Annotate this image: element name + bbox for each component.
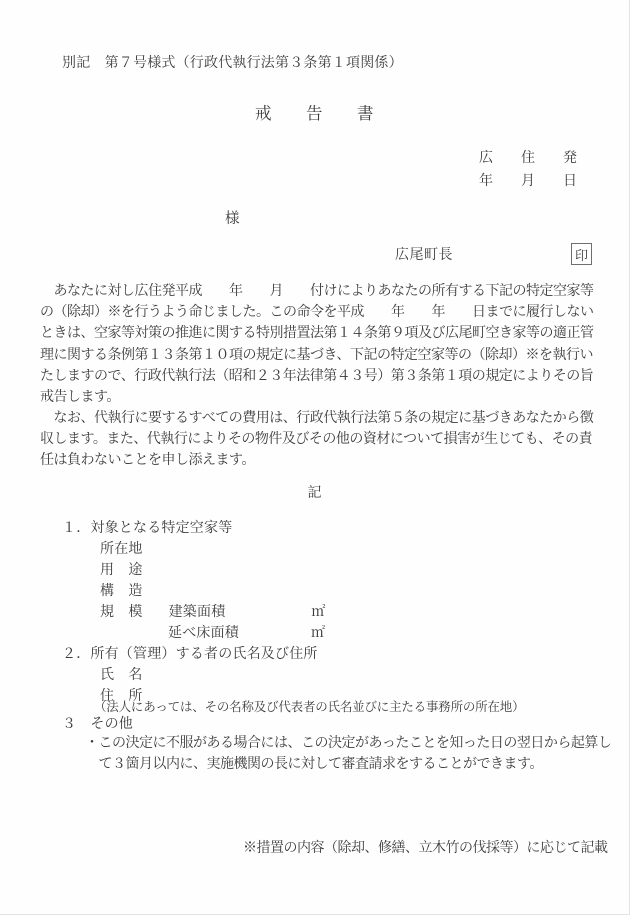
section1-use-label: 用 途 (100, 562, 143, 579)
section1-structure-label: 構 造 (100, 583, 143, 600)
reference-number-line: 広 住 発 (479, 151, 577, 166)
reference-number-and-date: 広 住 発 年 月 日 (479, 147, 577, 193)
section1-scale-row: 規 模建築面積㎡ (100, 604, 326, 621)
building-area-unit: ㎡ (311, 604, 325, 621)
section1-floor-area-row: 延べ床面積㎡ (168, 625, 325, 642)
body-paragraph-1: あなたに対し広住発平成 年 月 付けによりあなたの所有する下記の特定空家等 の（… (40, 281, 598, 408)
form-number-note: 別記 第７号様式（行政代執行法第３条第１項関係） (62, 52, 403, 72)
floor-area-label: 延べ床面積 (168, 626, 239, 641)
footnote: ※措置の内容（除却、修繕、立木竹の伐採等）に応じて記載 (243, 837, 608, 857)
building-area-label: 建築面積 (169, 604, 226, 621)
record-marker: 記 (0, 482, 629, 502)
issuer-title: 広尾町長 (395, 244, 453, 264)
warning-letter-document: 別記 第７号様式（行政代執行法第３条第１項関係） 戒 告 書 広 住 発 年 月… (0, 0, 630, 915)
date-line: 年 月 日 (479, 174, 577, 189)
section2-name-label: 氏 名 (100, 667, 143, 684)
section1-location-label: 所在地 (100, 541, 143, 558)
seal-placeholder-box: 印 (571, 243, 592, 265)
body-paragraph-2: なお、代執行に要するすべての費用は、行政代執行法第５条の規定に基づきあなたから徴… (40, 408, 598, 472)
addressee-honorific: 様 (225, 207, 240, 228)
section2-heading: ２．所有（管理）する者の氏名及び住所 (62, 646, 318, 663)
section1-heading: １．対象となる特定空家等 (62, 520, 232, 537)
seal-label: 印 (575, 245, 588, 264)
section3-heading: ３ その他 (62, 716, 133, 733)
document-title: 戒 告 書 (0, 100, 629, 124)
section2-corporate-note: （法人にあっては、その名称及び代表者の氏名並びに主たる事務所の所在地） (94, 697, 524, 715)
scale-label: 規 模 (100, 605, 143, 620)
section3-bullet: ・この決定に不服がある場合には、この決定があったことを知った日の翌日から起算し … (85, 734, 613, 775)
floor-area-unit: ㎡ (311, 625, 325, 642)
